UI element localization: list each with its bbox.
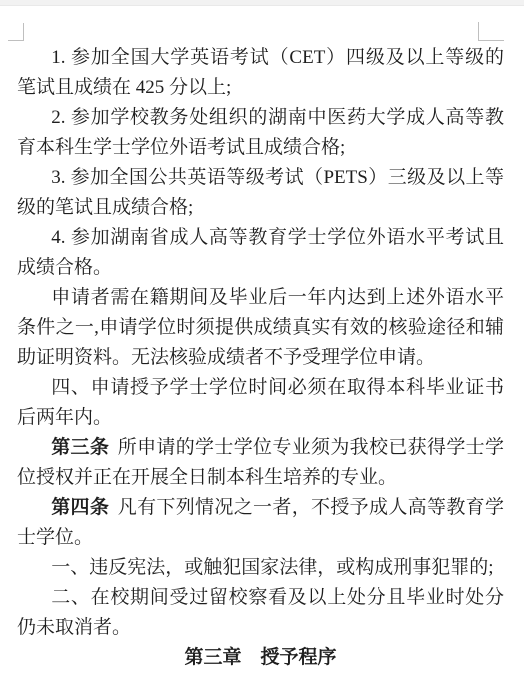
- window-top-edge: [0, 0, 524, 6]
- article-3-label: 第三条: [51, 437, 109, 458]
- article-4-label: 第四条: [51, 497, 109, 518]
- document-page: 1. 参加全国大学英语考试（CET）四级及以上等级的笔试且成绩在 425 分以上…: [0, 0, 524, 693]
- text-boundary-mark-top-right: [478, 22, 504, 41]
- chapter-heading: 第三章 授予程序: [17, 643, 504, 673]
- paragraph-item-4-time-limit: 四、申请授予学士学位时间必须在取得本科毕业证书后两年内。: [17, 373, 504, 433]
- paragraph-exclusion-1: 一、违反宪法，或触犯国家法律，或构成刑事犯罪的;: [17, 553, 504, 583]
- paragraph-condition-2: 2. 参加学校教务处组织的湖南中医药大学成人高等教育本科生学士学位外语考试且成绩…: [17, 103, 504, 163]
- paragraph-applicant-requirement: 申请者需在籍期间及毕业后一年内达到上述外语水平条件之一,申请学位时须提供成绩真实…: [17, 283, 504, 373]
- paragraph-condition-1: 1. 参加全国大学英语考试（CET）四级及以上等级的笔试且成绩在 425 分以上…: [17, 43, 504, 103]
- document-body: 1. 参加全国大学英语考试（CET）四级及以上等级的笔试且成绩在 425 分以上…: [17, 43, 504, 673]
- paragraph-article-3: 第三条所申请的学士学位专业须为我校已获得学士学位授权并正在开展全日制本科生培养的…: [17, 433, 504, 493]
- text-boundary-mark-top-left: [8, 23, 24, 41]
- paragraph-condition-4: 4. 参加湖南省成人高等教育学士学位外语水平考试且成绩合格。: [17, 223, 504, 283]
- paragraph-condition-3: 3. 参加全国公共英语等级考试（PETS）三级及以上等级的笔试且成绩合格;: [17, 163, 504, 223]
- paragraph-article-4: 第四条凡有下列情况之一者，不授予成人高等教育学士学位。: [17, 493, 504, 553]
- paragraph-exclusion-2: 二、在校期间受过留校察看及以上处分且毕业时处分仍未取消者。: [17, 583, 504, 643]
